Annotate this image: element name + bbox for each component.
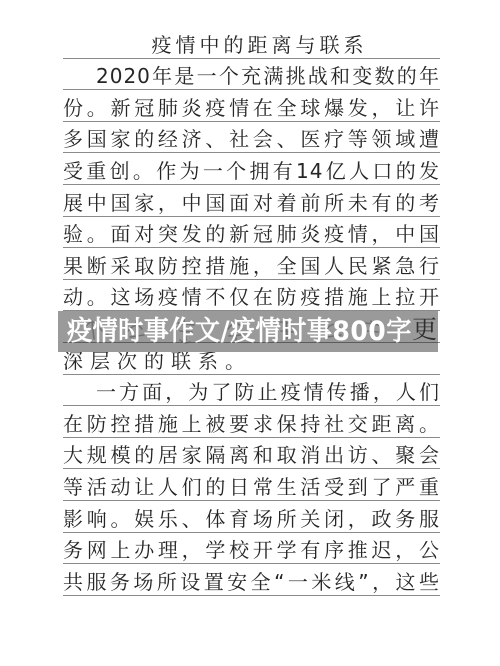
- ruled-line: [63, 279, 440, 280]
- essay-line: 展中国家，中国面对着前所未有的考: [63, 190, 440, 216]
- essay-line: 影响。娱乐、体育场所关闭，政务服: [63, 506, 440, 532]
- essay-title: 疫情中的距离与联系: [71, 33, 448, 58]
- ruled-line: [63, 89, 440, 90]
- essay-photo-page: 疫情中的距离与联系 2020年是一个充满挑战和变数的年份。新冠肺炎疫情在全球爆发…: [0, 0, 500, 666]
- essay-line: 受重创。作为一个拥有14亿人口的发: [63, 158, 440, 184]
- essay-line: 大规模的居家隔离和取消出访、聚会: [63, 442, 440, 468]
- ruled-line: [63, 184, 440, 185]
- ruled-line: [63, 563, 440, 564]
- essay-line: 果断采取防控措施，全国人民紧急行: [63, 253, 440, 279]
- essay-line: 等活动让人们的日常生活受到了严重: [63, 474, 440, 500]
- caption-banner-label: 疫情时事作文/疫情时事800字: [67, 311, 412, 352]
- essay-line: 务网上办理，学校开学有序推迟，公: [63, 537, 440, 563]
- ruled-line: [63, 247, 440, 248]
- ruled-line: [63, 437, 440, 438]
- obscured-handwriting-char: 更: [412, 317, 437, 342]
- essay-line: 多国家的经济、社会、医疗等领域遭: [63, 126, 440, 152]
- ruled-line: [63, 216, 440, 217]
- ruled-line: [63, 121, 440, 122]
- ruled-line: [63, 500, 440, 501]
- ruled-line: [63, 405, 440, 406]
- essay-line: 在防控措施上被要求保持社交距离。: [63, 411, 440, 437]
- essay-line: 2020年是一个充满挑战和变数的年: [96, 63, 440, 89]
- ruled-line: [63, 595, 440, 596]
- ruled-line: [63, 532, 440, 533]
- essay-line: 验。面对突发的新冠肺炎疫情，中国: [63, 221, 440, 247]
- essay-line: 一方面，为了防止疫情传播，人们: [96, 379, 440, 405]
- essay-line: 动。这场疫情不仅在防疫措施上拉开: [63, 284, 440, 310]
- ruled-line: [63, 468, 440, 469]
- caption-banner: 更 疫情时事作文/疫情时事800字: [58, 311, 438, 352]
- essay-line: 共服务场所设置安全“一米线”，这些: [63, 569, 440, 595]
- ruled-line: [63, 152, 440, 153]
- ruled-line: [63, 374, 440, 375]
- essay-line: 份。新冠肺炎疫情在全球爆发，让许: [63, 95, 440, 121]
